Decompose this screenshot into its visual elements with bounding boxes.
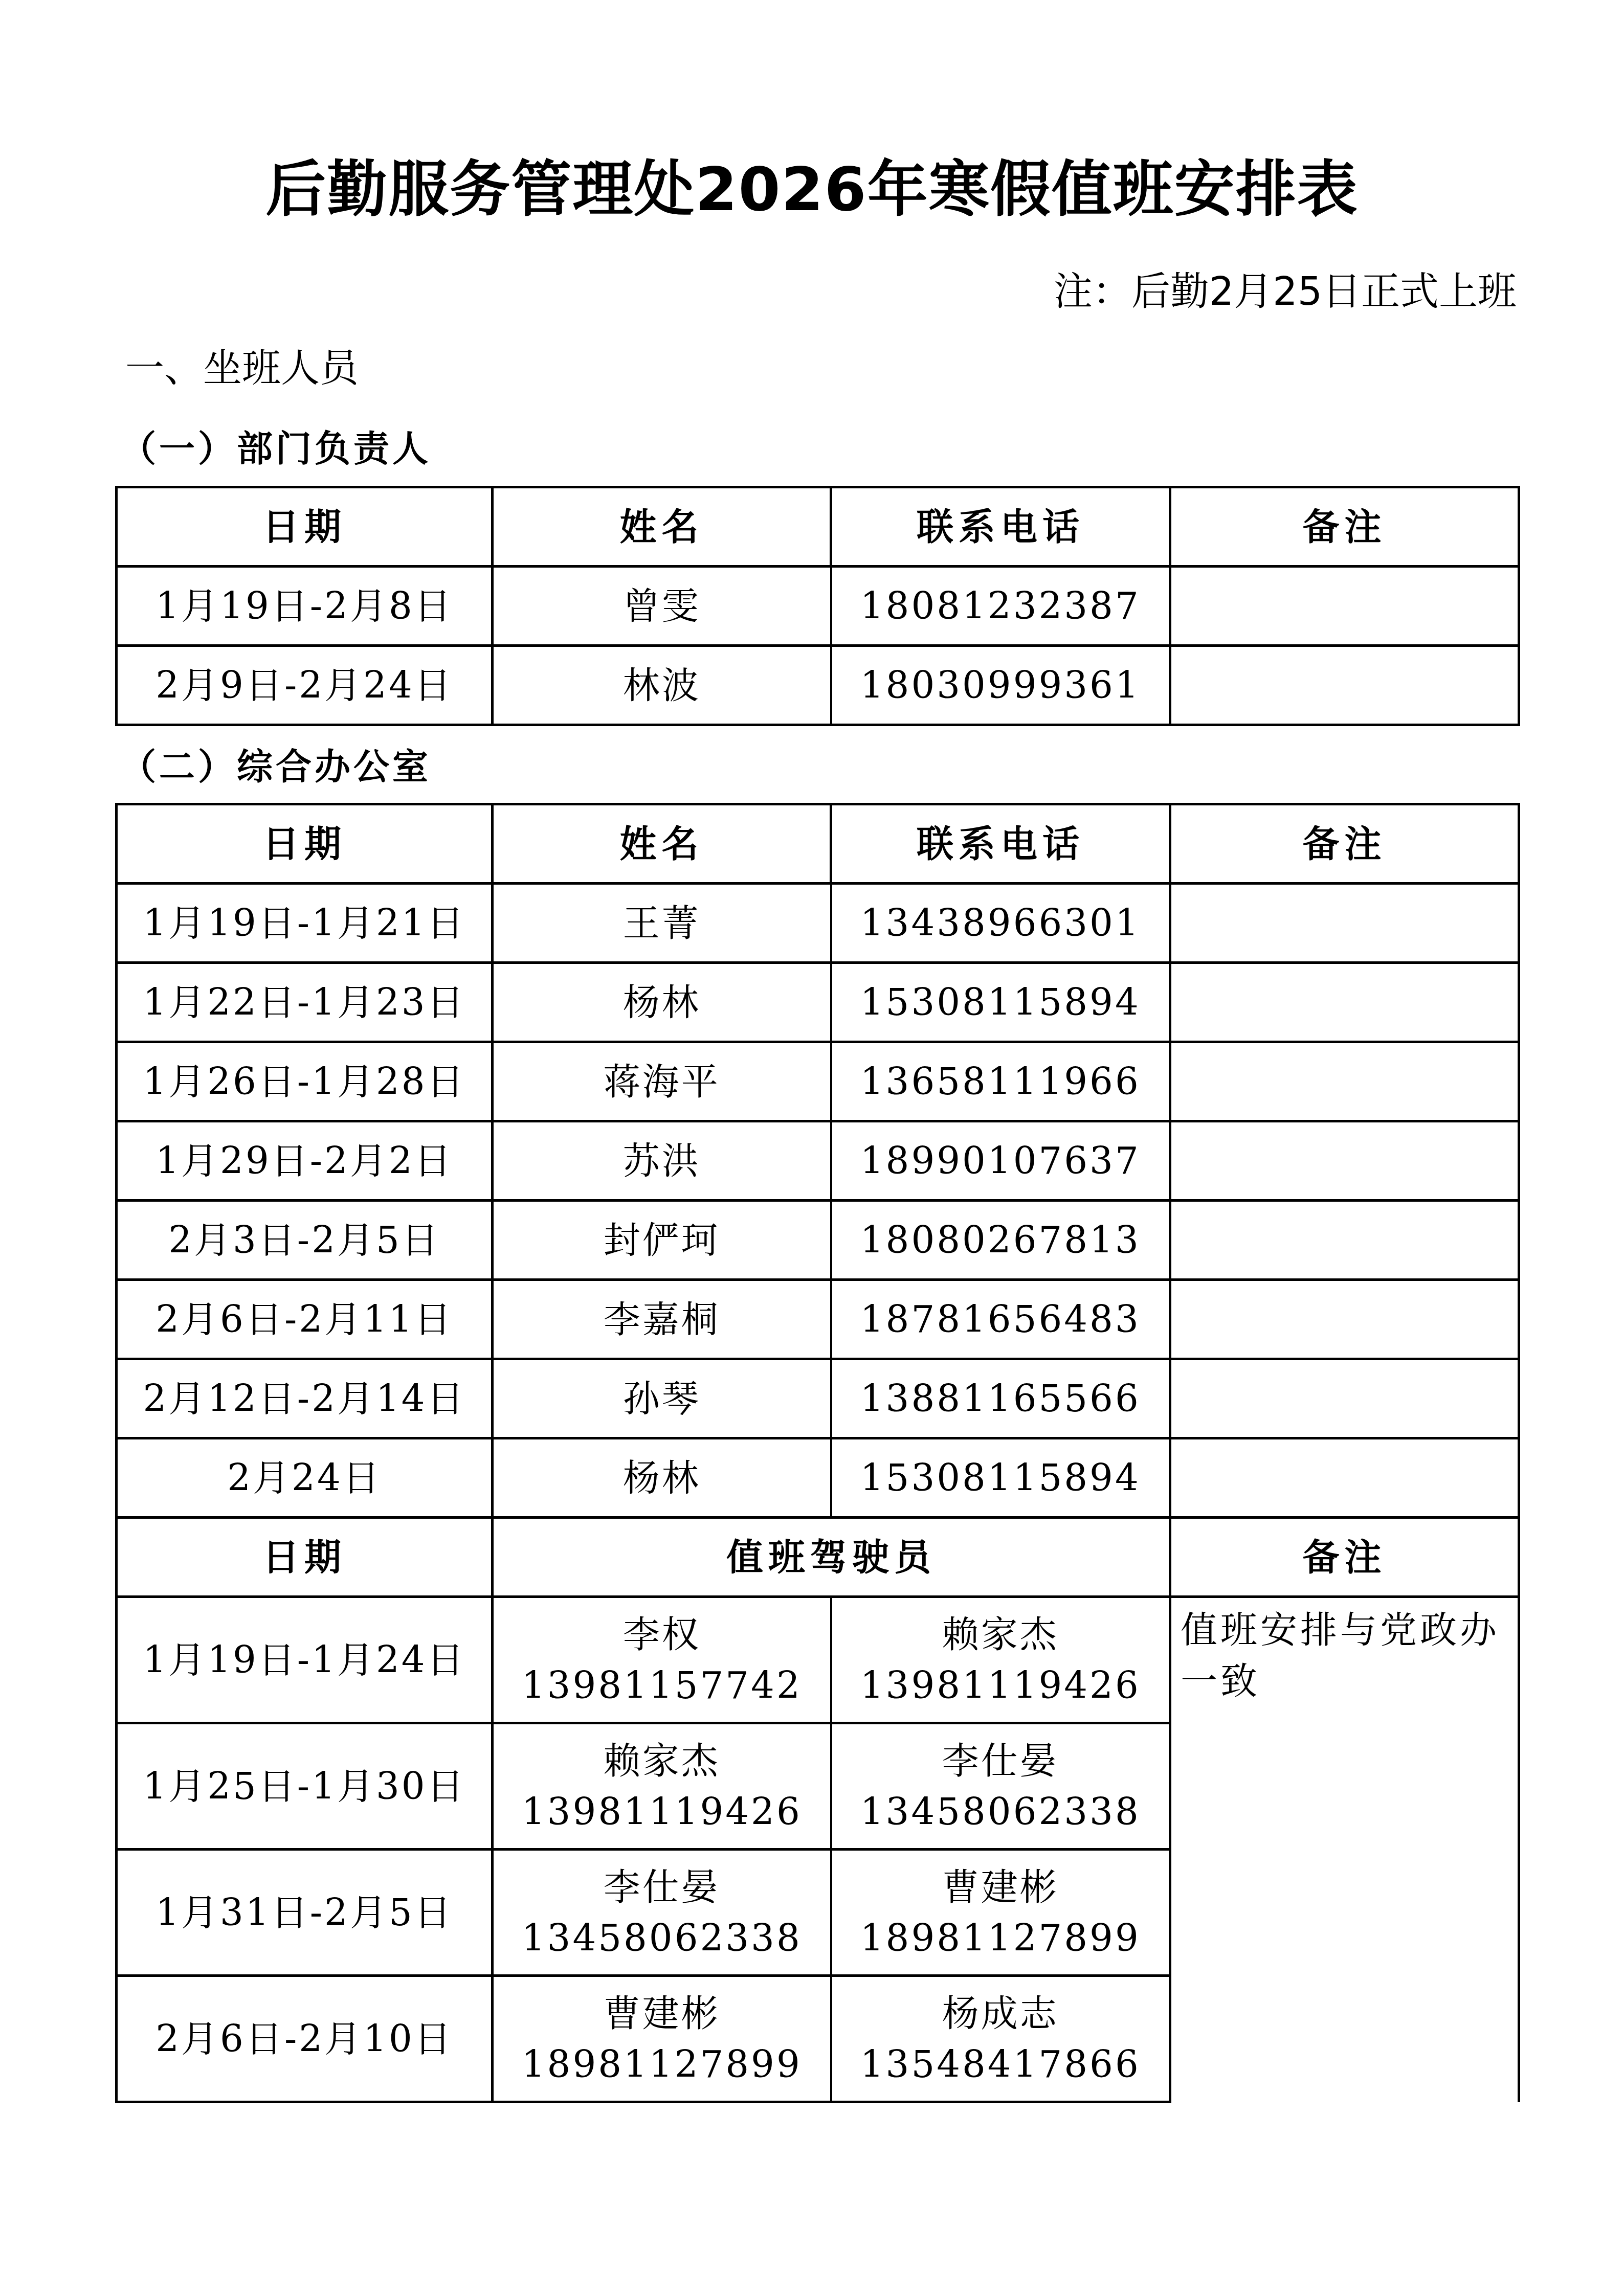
cell-date: 2月6日-2月11日: [117, 1280, 493, 1359]
cell-date: 1月22日-1月23日: [117, 963, 493, 1042]
cell-driver-1: 赖家杰 13981119426: [493, 1723, 831, 1850]
cell-name: 王菁: [493, 884, 831, 963]
table-row: 1月19日-1月21日 王菁 13438966301: [117, 884, 1519, 963]
driver-phone: 13981119426: [494, 1786, 830, 1837]
cell-date: 2月9日-2月24日: [117, 646, 493, 725]
cell-name: 林波: [493, 646, 831, 725]
driver-phone: 13981157742: [494, 1660, 830, 1711]
column-header-remark: 备注: [1170, 487, 1519, 567]
column-header-date: 日期: [117, 1518, 493, 1597]
driver-phone: 13458062338: [832, 1786, 1169, 1837]
cell-phone: 18030999361: [831, 646, 1170, 725]
column-header-remark: 备注: [1170, 1518, 1519, 1597]
subsection-heading-general-office: （二）综合办公室: [120, 741, 431, 793]
driver-remark: 值班安排与党政办一致: [1170, 1597, 1519, 2102]
cell-phone: 18081232387: [831, 567, 1170, 646]
cell-phone: 15308115894: [831, 1438, 1170, 1518]
cell-driver-2: 李仕晏 13458062338: [831, 1723, 1170, 1850]
table-row: 1月29日-2月2日 苏洪 18990107637: [117, 1121, 1519, 1201]
driver-phone: 18981127899: [832, 1912, 1169, 1964]
cell-name: 李嘉桐: [493, 1280, 831, 1359]
cell-remark: [1170, 646, 1519, 725]
cell-phone: 13438966301: [831, 884, 1170, 963]
table-row: 2月9日-2月24日 林波 18030999361: [117, 646, 1519, 725]
cell-phone: 13658111966: [831, 1042, 1170, 1121]
column-header-date: 日期: [117, 487, 493, 567]
cell-remark: [1170, 1201, 1519, 1280]
column-header-remark: 备注: [1170, 804, 1519, 884]
table-row: 2月3日-2月5日 封俨珂 18080267813: [117, 1201, 1519, 1280]
general-office-table: 日期 姓名 联系电话 备注 1月19日-1月21日 王菁 13438966301…: [115, 803, 1520, 2103]
driver-phone: 13548417866: [832, 2039, 1169, 2090]
cell-name: 苏洪: [493, 1121, 831, 1201]
cell-remark: [1170, 884, 1519, 963]
driver-row: 1月19日-1月24日 李权 13981157742 赖家杰 139811194…: [117, 1597, 1519, 1723]
cell-date: 1月31日-2月5日: [117, 1850, 493, 1976]
driver-name: 曹建彬: [494, 1988, 830, 2039]
driver-name: 赖家杰: [494, 1735, 830, 1786]
column-header-date: 日期: [117, 804, 493, 884]
column-header-duty-driver: 值班驾驶员: [493, 1518, 1170, 1597]
cell-phone: 18781656483: [831, 1280, 1170, 1359]
cell-driver-2: 赖家杰 13981119426: [831, 1597, 1170, 1723]
cell-driver-2: 曹建彬 18981127899: [831, 1850, 1170, 1976]
cell-date: 2月12日-2月14日: [117, 1359, 493, 1438]
cell-remark: [1170, 1280, 1519, 1359]
dept-heads-table: 日期 姓名 联系电话 备注 1月19日-2月8日 曾雯 18081232387 …: [115, 486, 1520, 726]
column-header-phone: 联系电话: [831, 804, 1170, 884]
table-row: 2月6日-2月11日 李嘉桐 18781656483: [117, 1280, 1519, 1359]
cell-phone: 13881165566: [831, 1359, 1170, 1438]
driver-phone: 13981119426: [832, 1660, 1169, 1711]
driver-header-row: 日期 值班驾驶员 备注: [117, 1518, 1519, 1597]
table-row: 1月26日-1月28日 蒋海平 13658111966: [117, 1042, 1519, 1121]
page-title: 后勤服务管理处2026年寒假值班安排表: [0, 153, 1624, 225]
cell-remark: [1170, 1121, 1519, 1201]
driver-phone: 18981127899: [494, 2039, 830, 2090]
driver-name: 赖家杰: [832, 1609, 1169, 1660]
cell-name: 杨林: [493, 963, 831, 1042]
cell-date: 1月26日-1月28日: [117, 1042, 493, 1121]
cell-name: 封俨珂: [493, 1201, 831, 1280]
cell-phone: 18080267813: [831, 1201, 1170, 1280]
cell-date: 2月6日-2月10日: [117, 1976, 493, 2102]
table-header-row: 日期 姓名 联系电话 备注: [117, 804, 1519, 884]
driver-phone: 13458062338: [494, 1912, 830, 1964]
column-header-name: 姓名: [493, 487, 831, 567]
cell-remark: [1170, 1359, 1519, 1438]
cell-name: 蒋海平: [493, 1042, 831, 1121]
subsection-heading-dept-heads: （一）部门负责人: [120, 423, 431, 475]
driver-name: 李权: [494, 1609, 830, 1660]
cell-driver-2: 杨成志 13548417866: [831, 1976, 1170, 2102]
cell-date: 2月3日-2月5日: [117, 1201, 493, 1280]
column-header-name: 姓名: [493, 804, 831, 884]
cell-remark: [1170, 1042, 1519, 1121]
cell-name: 杨林: [493, 1438, 831, 1518]
driver-name: 李仕晏: [494, 1861, 830, 1912]
start-date-note: 注：后勤2月25日正式上班: [1054, 266, 1517, 317]
cell-name: 曾雯: [493, 567, 831, 646]
cell-phone: 18990107637: [831, 1121, 1170, 1201]
driver-name: 李仕晏: [832, 1735, 1169, 1786]
table-row: 2月12日-2月14日 孙琴 13881165566: [117, 1359, 1519, 1438]
table-row: 2月24日 杨林 15308115894: [117, 1438, 1519, 1518]
cell-date: 1月29日-2月2日: [117, 1121, 493, 1201]
table-row: 1月19日-2月8日 曾雯 18081232387: [117, 567, 1519, 646]
cell-driver-1: 曹建彬 18981127899: [493, 1976, 831, 2102]
driver-name: 曹建彬: [832, 1861, 1169, 1912]
cell-remark: [1170, 1438, 1519, 1518]
section-heading-duty-staff: 一、坐班人员: [125, 343, 359, 394]
cell-remark: [1170, 567, 1519, 646]
table-header-row: 日期 姓名 联系电话 备注: [117, 487, 1519, 567]
cell-date: 1月19日-1月24日: [117, 1597, 493, 1723]
cell-date: 1月25日-1月30日: [117, 1723, 493, 1850]
cell-date: 1月19日-1月21日: [117, 884, 493, 963]
cell-driver-1: 李权 13981157742: [493, 1597, 831, 1723]
cell-date: 2月24日: [117, 1438, 493, 1518]
cell-date: 1月19日-2月8日: [117, 567, 493, 646]
cell-driver-1: 李仕晏 13458062338: [493, 1850, 831, 1976]
column-header-phone: 联系电话: [831, 487, 1170, 567]
cell-remark: [1170, 963, 1519, 1042]
cell-phone: 15308115894: [831, 963, 1170, 1042]
driver-name: 杨成志: [832, 1988, 1169, 2039]
table-row: 1月22日-1月23日 杨林 15308115894: [117, 963, 1519, 1042]
cell-name: 孙琴: [493, 1359, 831, 1438]
